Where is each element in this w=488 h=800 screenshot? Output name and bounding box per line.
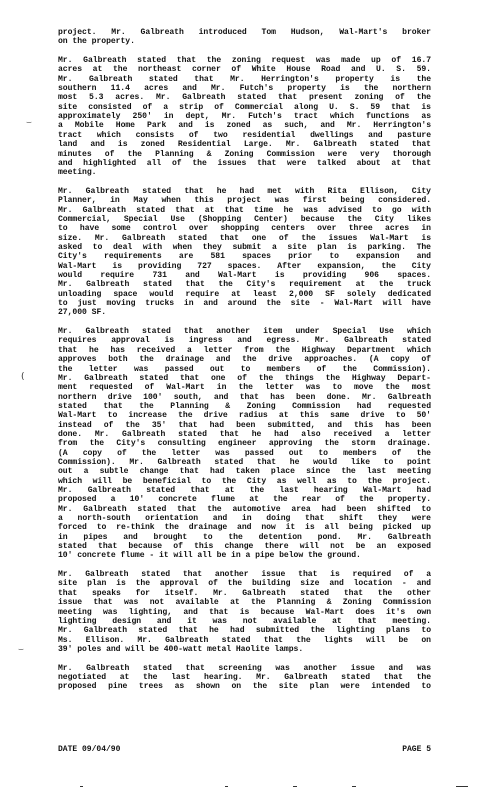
text-line: meeting was lighting, and that is becaus…: [58, 608, 431, 617]
text-line: tract which consists of two residential …: [58, 131, 431, 140]
paragraph-screening: Mr. Galbreath stated that screening was …: [58, 664, 431, 692]
scan-artifact: [456, 786, 468, 787]
text-line: on the property.: [58, 37, 431, 46]
text-line: issue that was not available at the Plan…: [58, 598, 431, 607]
margin-mark-icon: ⌣: [18, 645, 24, 655]
text-line: that he has received a letter from the H…: [58, 346, 431, 355]
text-line: Mr. Galbreath stated that he had submitt…: [58, 626, 431, 635]
text-line: Mr. Galbreath stated that one of the thi…: [58, 374, 431, 383]
text-line: approves both the drainage and the drive…: [58, 355, 431, 364]
paragraph-ingress-egress: Mr. Galbreath stated that another item u…: [58, 327, 431, 561]
page-number: PAGE 5: [402, 745, 431, 754]
text-line: in pipes and brought to the detention po…: [58, 533, 431, 542]
scan-artifact: [80, 786, 83, 787]
text-line: site consisted of a strip of Commercial …: [58, 103, 431, 112]
scan-artifact: [293, 786, 297, 787]
paragraph-intro: project. Mr. Galbreath introduced Tom Hu…: [58, 28, 431, 47]
text-line: out a subtle change that had taken place…: [58, 467, 431, 476]
text-line: land and is zoned Residential Large. Mr.…: [58, 140, 431, 149]
text-line: 27,000 SF.: [58, 308, 431, 317]
text-line: Wal-Mart to increase the drive radius at…: [58, 411, 431, 420]
paragraph-zoning: Mr. Galbreath stated that the zoning req…: [58, 56, 431, 177]
text-line: Ms. Ellison. Mr. Galbreath stated that t…: [58, 636, 431, 645]
text-line: requires approval is ingress and egress.…: [58, 336, 431, 345]
margin-mark-icon: (: [21, 372, 25, 382]
text-line: to have some control over shopping cente…: [58, 224, 431, 233]
text-line: Mr. Galbreath stated that at that time h…: [58, 206, 431, 215]
text-line: proposed pine trees as shown on the site…: [58, 682, 431, 691]
text-line: Mr. Galbreath stated that the automotive…: [58, 505, 431, 514]
text-line: instead of the 35' that had been submitt…: [58, 421, 431, 430]
text-line: ment requested of Wal-Mart in the letter…: [58, 383, 431, 392]
text-line: that speaks for itself. Mr. Galbreath st…: [58, 589, 431, 598]
text-line: to just moving trucks in and around the …: [58, 299, 431, 308]
paragraph-lighting: Mr. Galbreath stated that another issue …: [58, 570, 431, 654]
paragraph-parking: Mr. Galbreath stated that he had met wit…: [58, 187, 431, 318]
text-line: meeting.: [58, 168, 431, 177]
document-body: project. Mr. Galbreath introduced Tom Hu…: [58, 28, 431, 701]
text-line: 39' poles and will be 400-watt metal Hao…: [58, 645, 431, 654]
text-line: City's requirements are 581 spaces prior…: [58, 252, 431, 261]
text-line: Commercial, Special Use (Shopping Center…: [58, 215, 431, 224]
text-line: stated that because of this change there…: [58, 542, 431, 551]
text-line: the letter was passed out to members of …: [58, 365, 431, 374]
text-line: proposed a 10' concrete flume at the rea…: [58, 495, 431, 504]
text-line: southern 11.4 acres and Mr. Futch's prop…: [58, 84, 431, 93]
text-line: Mr. Galbreath stated that another item u…: [58, 327, 431, 336]
text-line: minutes of the Planning & Zoning Commiss…: [58, 150, 431, 159]
scan-artifact: [352, 786, 356, 787]
text-line: forced to re-think the drainage and now …: [58, 523, 431, 532]
text-line: Mr. Galbreath stated that at the last he…: [58, 486, 431, 495]
text-line: Mr. Galbreath stated that Mr. Herrington…: [58, 75, 431, 84]
text-line: Mr. Galbreath stated that another issue …: [58, 570, 431, 579]
text-line: done. Mr. Galbreath stated that he had a…: [58, 430, 431, 439]
text-line: Planner, in May when this project was fi…: [58, 196, 431, 205]
text-line: asked to deal with when they submit a si…: [58, 243, 431, 252]
text-line: would require 731 and Wal-Mart is provid…: [58, 271, 431, 280]
text-line: most 5.3 acres. Mr. Galbreath stated tha…: [58, 93, 431, 102]
text-line: a Mobile Home Park and is zoned as such,…: [58, 121, 431, 130]
text-line: from the City's consulting engineer appr…: [58, 439, 431, 448]
page-footer: DATE 09/04/90 PAGE 5: [58, 745, 431, 754]
text-line: northern drive 100' south, and that has …: [58, 393, 431, 402]
date-label: DATE 09/04/90: [58, 745, 120, 754]
text-line: lighting design and it was not available…: [58, 617, 431, 626]
text-line: which will be beneficial to the City as …: [58, 477, 431, 486]
text-line: 10' concrete flume - it will all be in a…: [58, 551, 431, 560]
text-line: a north-south orientation and in doing t…: [58, 514, 431, 523]
text-line: Mr. Galbreath stated that he had met wit…: [58, 187, 431, 196]
text-line: negotiated at the last hearing. Mr. Galb…: [58, 673, 431, 682]
text-line: Mr. Galbreath stated that the zoning req…: [58, 56, 431, 65]
text-line: approximately 250' in dept, Mr. Futch's …: [58, 112, 431, 121]
text-line: stated that the Planning & Zoning Commis…: [58, 402, 431, 411]
text-line: site plan is the approval of the buildin…: [58, 579, 431, 588]
text-line: Commission). Mr. Galbreath stated that h…: [58, 458, 431, 467]
text-line: and highlighted all of the issues that w…: [58, 159, 431, 168]
text-line: size. Mr. Galbreath stated that one of t…: [58, 234, 431, 243]
scan-artifact: [225, 786, 228, 787]
text-line: Wal-Mart is providing 727 spaces. After …: [58, 262, 431, 271]
text-line: (A copy of the letter was passed out to …: [58, 449, 431, 458]
text-line: acres at the northeast corner of White H…: [58, 65, 431, 74]
margin-mark-icon: ⌣: [26, 118, 32, 128]
text-line: Mr. Galbreath stated that the City's req…: [58, 280, 431, 289]
text-line: unloading space would require at least 2…: [58, 290, 431, 299]
text-line: project. Mr. Galbreath introduced Tom Hu…: [58, 28, 431, 37]
text-line: Mr. Galbreath stated that screening was …: [58, 664, 431, 673]
